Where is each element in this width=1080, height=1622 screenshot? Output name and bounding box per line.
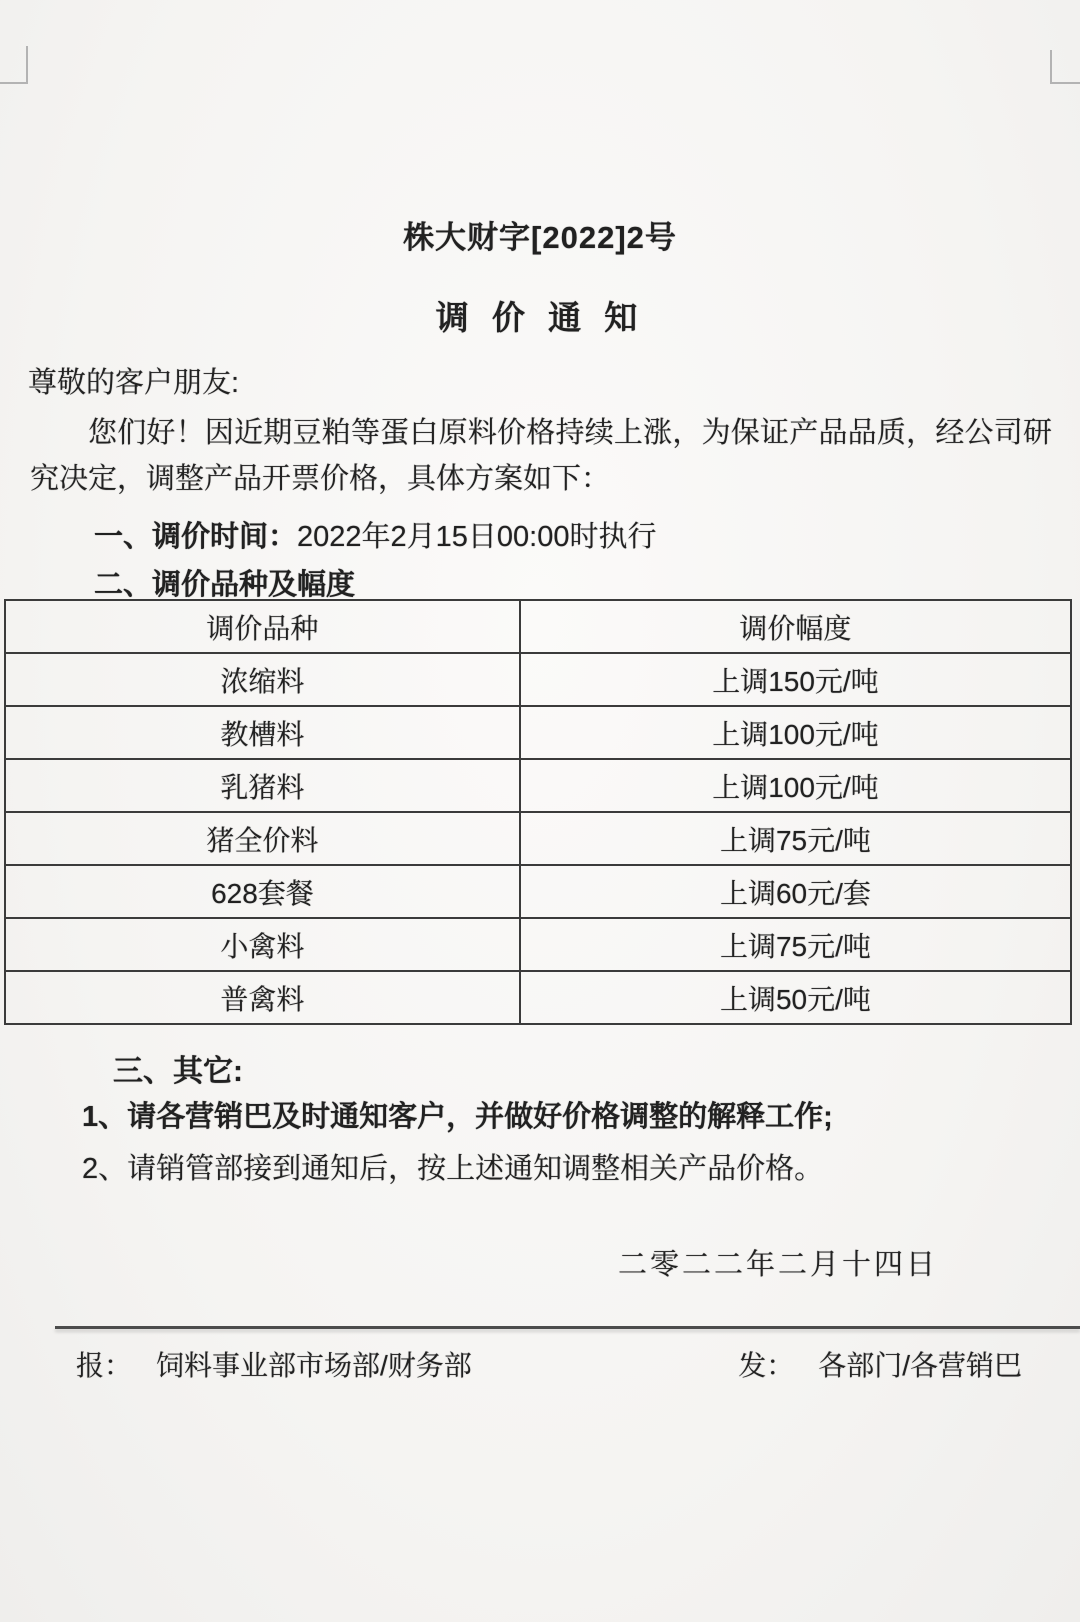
page-corner-mark-right bbox=[1050, 50, 1080, 84]
section-time-value: 2022年2月15日00:00时执行 bbox=[297, 521, 656, 553]
footer-report-value: 饲料事业部市场部/财务部 bbox=[156, 1344, 472, 1384]
product-cell: 教槽料 bbox=[5, 706, 520, 759]
footer-report-pair: 报： 饲料事业部市场部/财务部 bbox=[76, 1344, 472, 1384]
notice-document-page: 株大财字[2022]2号 调 价 通 知 尊敬的客户朋友: 您们好！因近期豆粕等… bbox=[0, 0, 1080, 1622]
table-row: 教槽料 上调100元/吨 bbox=[5, 706, 1071, 759]
product-cell: 猪全价料 bbox=[5, 812, 520, 865]
document-title: 调 价 通 知 bbox=[0, 292, 1080, 339]
section-other-heading: 三、其它: bbox=[113, 1046, 243, 1090]
section-time-label: 一、调价时间： bbox=[94, 521, 297, 553]
table-row: 乳猪料 上调100元/吨 bbox=[5, 759, 1071, 812]
footer-send-pair: 发： 各部门/各营销巴 bbox=[738, 1344, 1022, 1384]
distribution-footer: 报： 饲料事业部市场部/财务部 发： 各部门/各营销巴 bbox=[76, 1344, 1022, 1384]
section-table-heading: 二、调价品种及幅度 bbox=[94, 562, 355, 603]
footer-report-label: 报： bbox=[76, 1344, 132, 1384]
product-cell: 乳猪料 bbox=[5, 759, 520, 812]
footer-divider-line bbox=[55, 1326, 1080, 1329]
intro-paragraph: 您们好！因近期豆粕等蛋白原料价格持续上涨，为保证产品品质，经公司研究决定，调整产… bbox=[30, 410, 1052, 502]
table-row: 浓缩料 上调150元/吨 bbox=[5, 653, 1071, 706]
amount-cell: 上调150元/吨 bbox=[520, 653, 1071, 706]
page-corner-mark-left bbox=[0, 46, 28, 84]
section-time-line: 一、调价时间：2022年2月15日00:00时执行 bbox=[94, 514, 657, 555]
table-row: 628套餐 上调60元/套 bbox=[5, 865, 1071, 918]
amount-cell: 上调100元/吨 bbox=[520, 759, 1071, 812]
price-adjustment-table: 调价品种 调价幅度 浓缩料 上调150元/吨 教槽料 上调100元/吨 乳猪料 … bbox=[4, 599, 1072, 1025]
footer-send-label: 发： bbox=[738, 1344, 794, 1384]
salutation: 尊敬的客户朋友: bbox=[28, 360, 239, 401]
table-header-product: 调价品种 bbox=[5, 600, 520, 653]
product-cell: 628套餐 bbox=[5, 865, 520, 918]
amount-cell: 上调100元/吨 bbox=[520, 706, 1071, 759]
product-cell: 普禽料 bbox=[5, 971, 520, 1024]
product-cell: 浓缩料 bbox=[5, 653, 520, 706]
other-item-2: 2、请销管部接到通知后，按上述通知调整相关产品价格。 bbox=[82, 1146, 823, 1187]
document-date: 二零二二年二月十四日 bbox=[618, 1242, 938, 1283]
amount-cell: 上调60元/套 bbox=[520, 865, 1071, 918]
amount-cell: 上调50元/吨 bbox=[520, 971, 1071, 1024]
document-number: 株大财字[2022]2号 bbox=[0, 212, 1080, 257]
table-header-amount: 调价幅度 bbox=[520, 600, 1071, 653]
table-row: 普禽料 上调50元/吨 bbox=[5, 971, 1071, 1024]
table-row: 猪全价料 上调75元/吨 bbox=[5, 812, 1071, 865]
table-header-row: 调价品种 调价幅度 bbox=[5, 600, 1071, 653]
table-row: 小禽料 上调75元/吨 bbox=[5, 918, 1071, 971]
amount-cell: 上调75元/吨 bbox=[520, 812, 1071, 865]
product-cell: 小禽料 bbox=[5, 918, 520, 971]
amount-cell: 上调75元/吨 bbox=[520, 918, 1071, 971]
other-item-1: 1、请各营销巴及时通知客户，并做好价格调整的解释工作; bbox=[82, 1094, 833, 1135]
footer-send-value: 各部门/各营销巴 bbox=[818, 1344, 1022, 1384]
